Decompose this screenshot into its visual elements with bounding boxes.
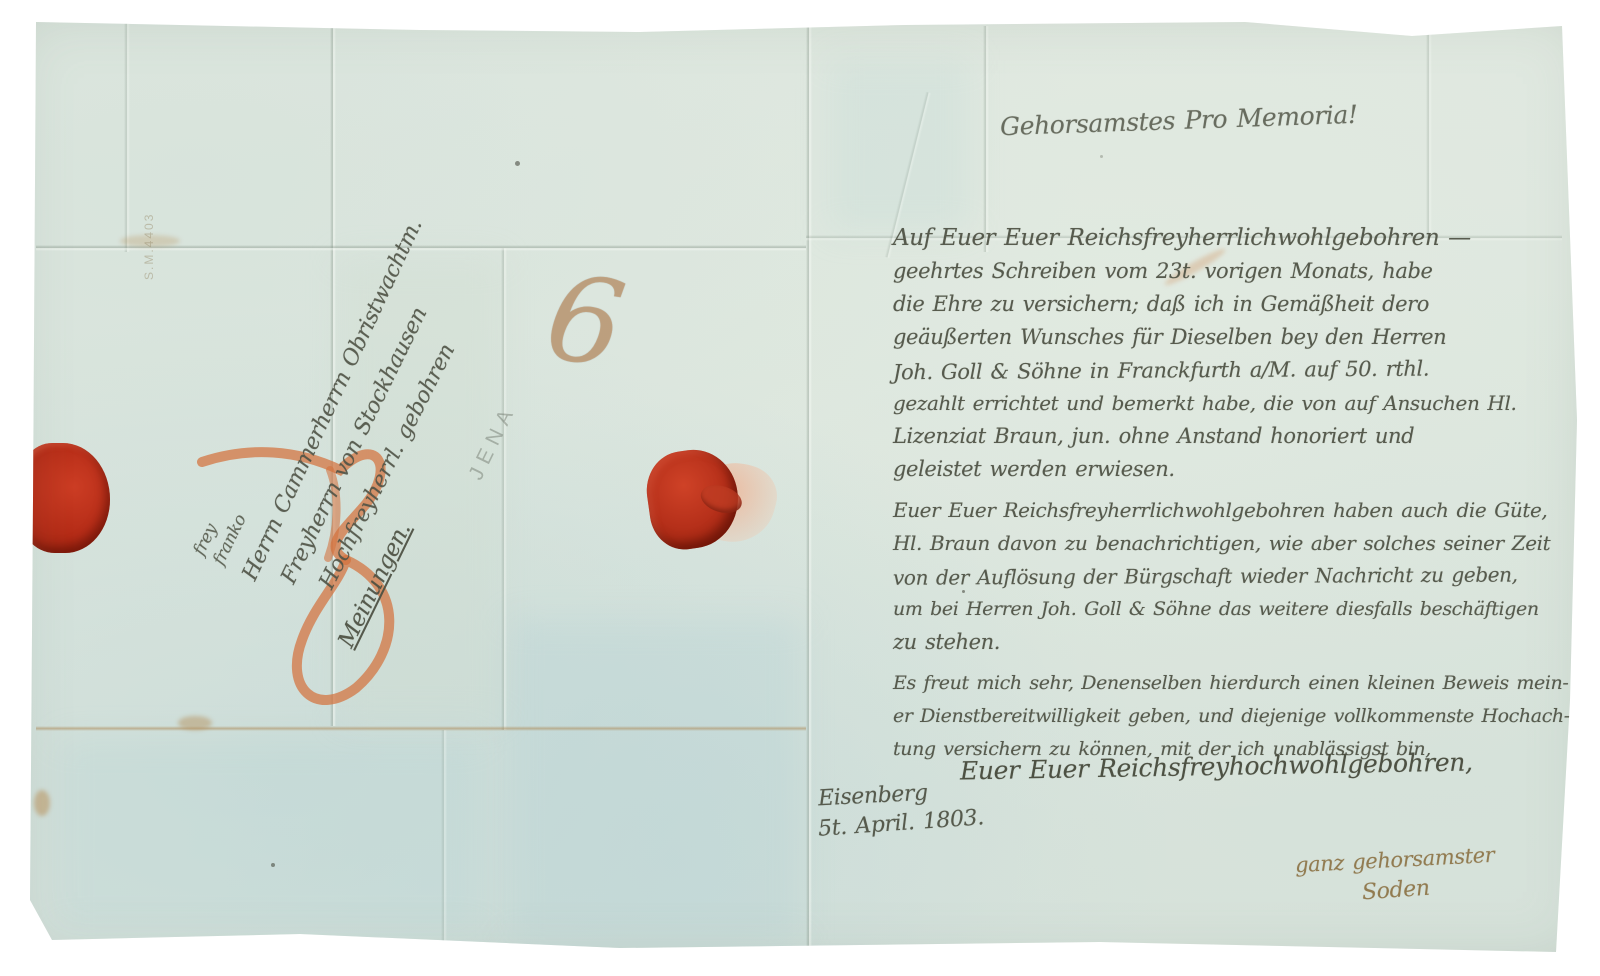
paper-edge-shading <box>0 0 1600 976</box>
letter-photograph: 6 JENA S.M.4403 frey franko Herrn Cammer… <box>0 0 1600 976</box>
letter-paper: 6 JENA S.M.4403 frey franko Herrn Cammer… <box>0 0 1600 976</box>
